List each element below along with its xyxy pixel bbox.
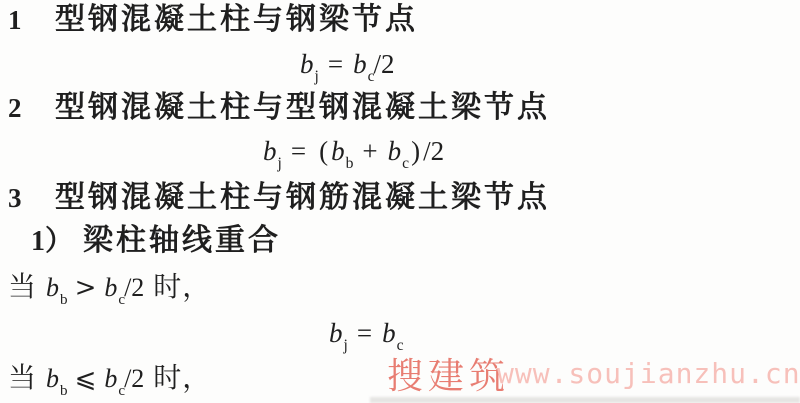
formula-2-term1-subscript: b xyxy=(346,155,354,172)
subclause-1-marker: 1） xyxy=(31,225,83,259)
condition-1-var1: b xyxy=(46,273,59,302)
formula-3-lhs-subscript: j xyxy=(344,337,348,354)
formula-2-term2-subscript: c xyxy=(402,155,409,172)
clause-2: 2型钢混凝土柱与型钢混凝土梁节点 xyxy=(8,91,550,125)
formula-2-lhs-subscript: j xyxy=(278,155,282,172)
condition-1-var2-suffix: /2 xyxy=(124,273,144,302)
clause-3-number: 3 xyxy=(8,181,55,215)
condition-2-suffix: 时， xyxy=(153,363,211,394)
clause-2-title: 型钢混凝土柱与型钢混凝土梁节点 xyxy=(55,91,550,124)
watermark-brand: 搜建筑 xyxy=(387,348,510,399)
condition-2-var1: b xyxy=(46,364,59,393)
clause-1: 1型钢混凝土柱与钢梁节点 xyxy=(8,3,418,37)
formula-3: bj=bc xyxy=(329,317,403,349)
formula-1-lhs-subscript: j xyxy=(315,68,319,85)
formula-2-suffix: /2 xyxy=(423,136,444,166)
condition-1-suffix: 时， xyxy=(153,272,211,303)
condition-2-var2-subscript: c xyxy=(118,383,125,399)
clause-1-number: 1 xyxy=(8,3,55,37)
condition-1-prefix: 当 xyxy=(8,272,37,303)
condition-1: 当bb>bc/2时， xyxy=(8,271,211,305)
formula-2-open-paren: ( xyxy=(316,136,331,166)
condition-2-var2: b xyxy=(104,364,117,393)
formula-2-plus: + xyxy=(362,135,377,167)
formula-1-rhs-subscript: c xyxy=(368,68,375,85)
formula-2-lhs: b xyxy=(263,136,277,166)
formula-1-suffix: /2 xyxy=(374,49,395,79)
condition-1-var1-subscript: b xyxy=(60,292,68,308)
condition-2-var1-subscript: b xyxy=(60,383,68,399)
formula-3-equals: = xyxy=(357,317,372,349)
formula-1-equals: = xyxy=(328,48,343,80)
formula-2: bj=(bb+bc)/2 xyxy=(263,135,444,167)
condition-1-var2: b xyxy=(104,273,117,302)
condition-2-var2-suffix: /2 xyxy=(124,364,144,393)
formula-2-term2: b xyxy=(388,136,402,166)
clause-2-number: 2 xyxy=(8,91,55,125)
condition-1-operator: > xyxy=(75,271,97,305)
formula-1-lhs: b xyxy=(300,49,314,79)
condition-2-operator: ⩽ xyxy=(75,362,97,396)
formula-3-lhs: b xyxy=(329,318,343,348)
condition-2-prefix: 当 xyxy=(8,363,37,394)
clause-3-title: 型钢混凝土柱与钢筋混凝土梁节点 xyxy=(55,181,550,214)
formula-1-rhs: b xyxy=(353,49,367,79)
watermark-url: www.soujianzhu.cn xyxy=(497,357,800,390)
condition-2: 当bb⩽bc/2时， xyxy=(8,362,211,396)
formula-3-rhs: b xyxy=(382,318,396,348)
formula-2-equals: = xyxy=(291,135,306,167)
condition-1-var2-subscript: c xyxy=(118,292,125,308)
clause-1-title: 型钢混凝土柱与钢梁节点 xyxy=(55,3,418,36)
subclause-1-text: 梁柱轴线重合 xyxy=(83,224,281,257)
formula-2-term1: b xyxy=(331,136,345,166)
clause-3: 3型钢混凝土柱与钢筋混凝土梁节点 xyxy=(8,181,550,215)
formula-2-close-paren: ) xyxy=(408,136,423,166)
scan-shadow xyxy=(370,397,800,403)
subclause-1: 1）梁柱轴线重合 xyxy=(31,224,281,258)
formula-1: bj=bc/2 xyxy=(300,48,395,80)
